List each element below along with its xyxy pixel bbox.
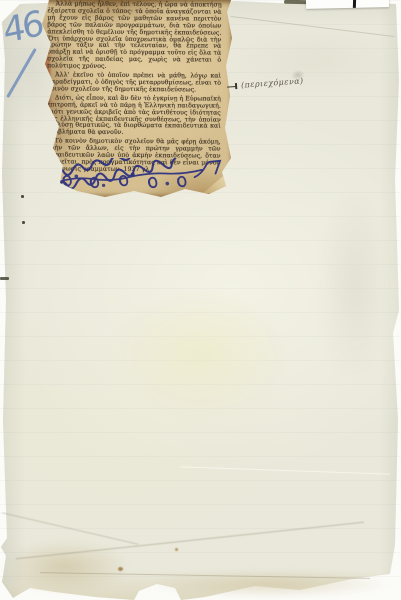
- newspaper-clipping: Ἀλλὰ μήπως ἦλθεν, ἐπὶ τέλους, ἡ ὥρα νὰ ἀ…: [33, 0, 233, 199]
- clipping-paragraph: Ἀλλ' ἐκεῖνο τὸ ὁποῖον πρέπει νὰ μάθῃ, λό…: [47, 72, 221, 94]
- clipping-paragraph: Διότι, ὡς εἶπον, καὶ ἂν δὲν τὸ ἐγκρίνῃ ἡ…: [47, 95, 221, 138]
- clipping-text: Ἀλλὰ μήπως ἦλθεν, ἐπὶ τέλους, ἡ ὥρα νὰ ἀ…: [46, 1, 221, 176]
- handwritten-page-number: 46: [1, 4, 44, 52]
- pen-tick-mark: [353, 0, 356, 8]
- clipping-paragraph: Ἀλλὰ μήπως ἦλθεν, ἐπὶ τέλους, ἡ ὥρα νὰ ἀ…: [47, 1, 221, 71]
- insertion-mark-icon: [227, 81, 239, 90]
- edge-mark: [0, 277, 9, 280]
- scanned-document: Ἀλλὰ μήπως ἦλθεν, ἐπὶ τέλους, ἡ ὥρα νὰ ἀ…: [0, 0, 401, 600]
